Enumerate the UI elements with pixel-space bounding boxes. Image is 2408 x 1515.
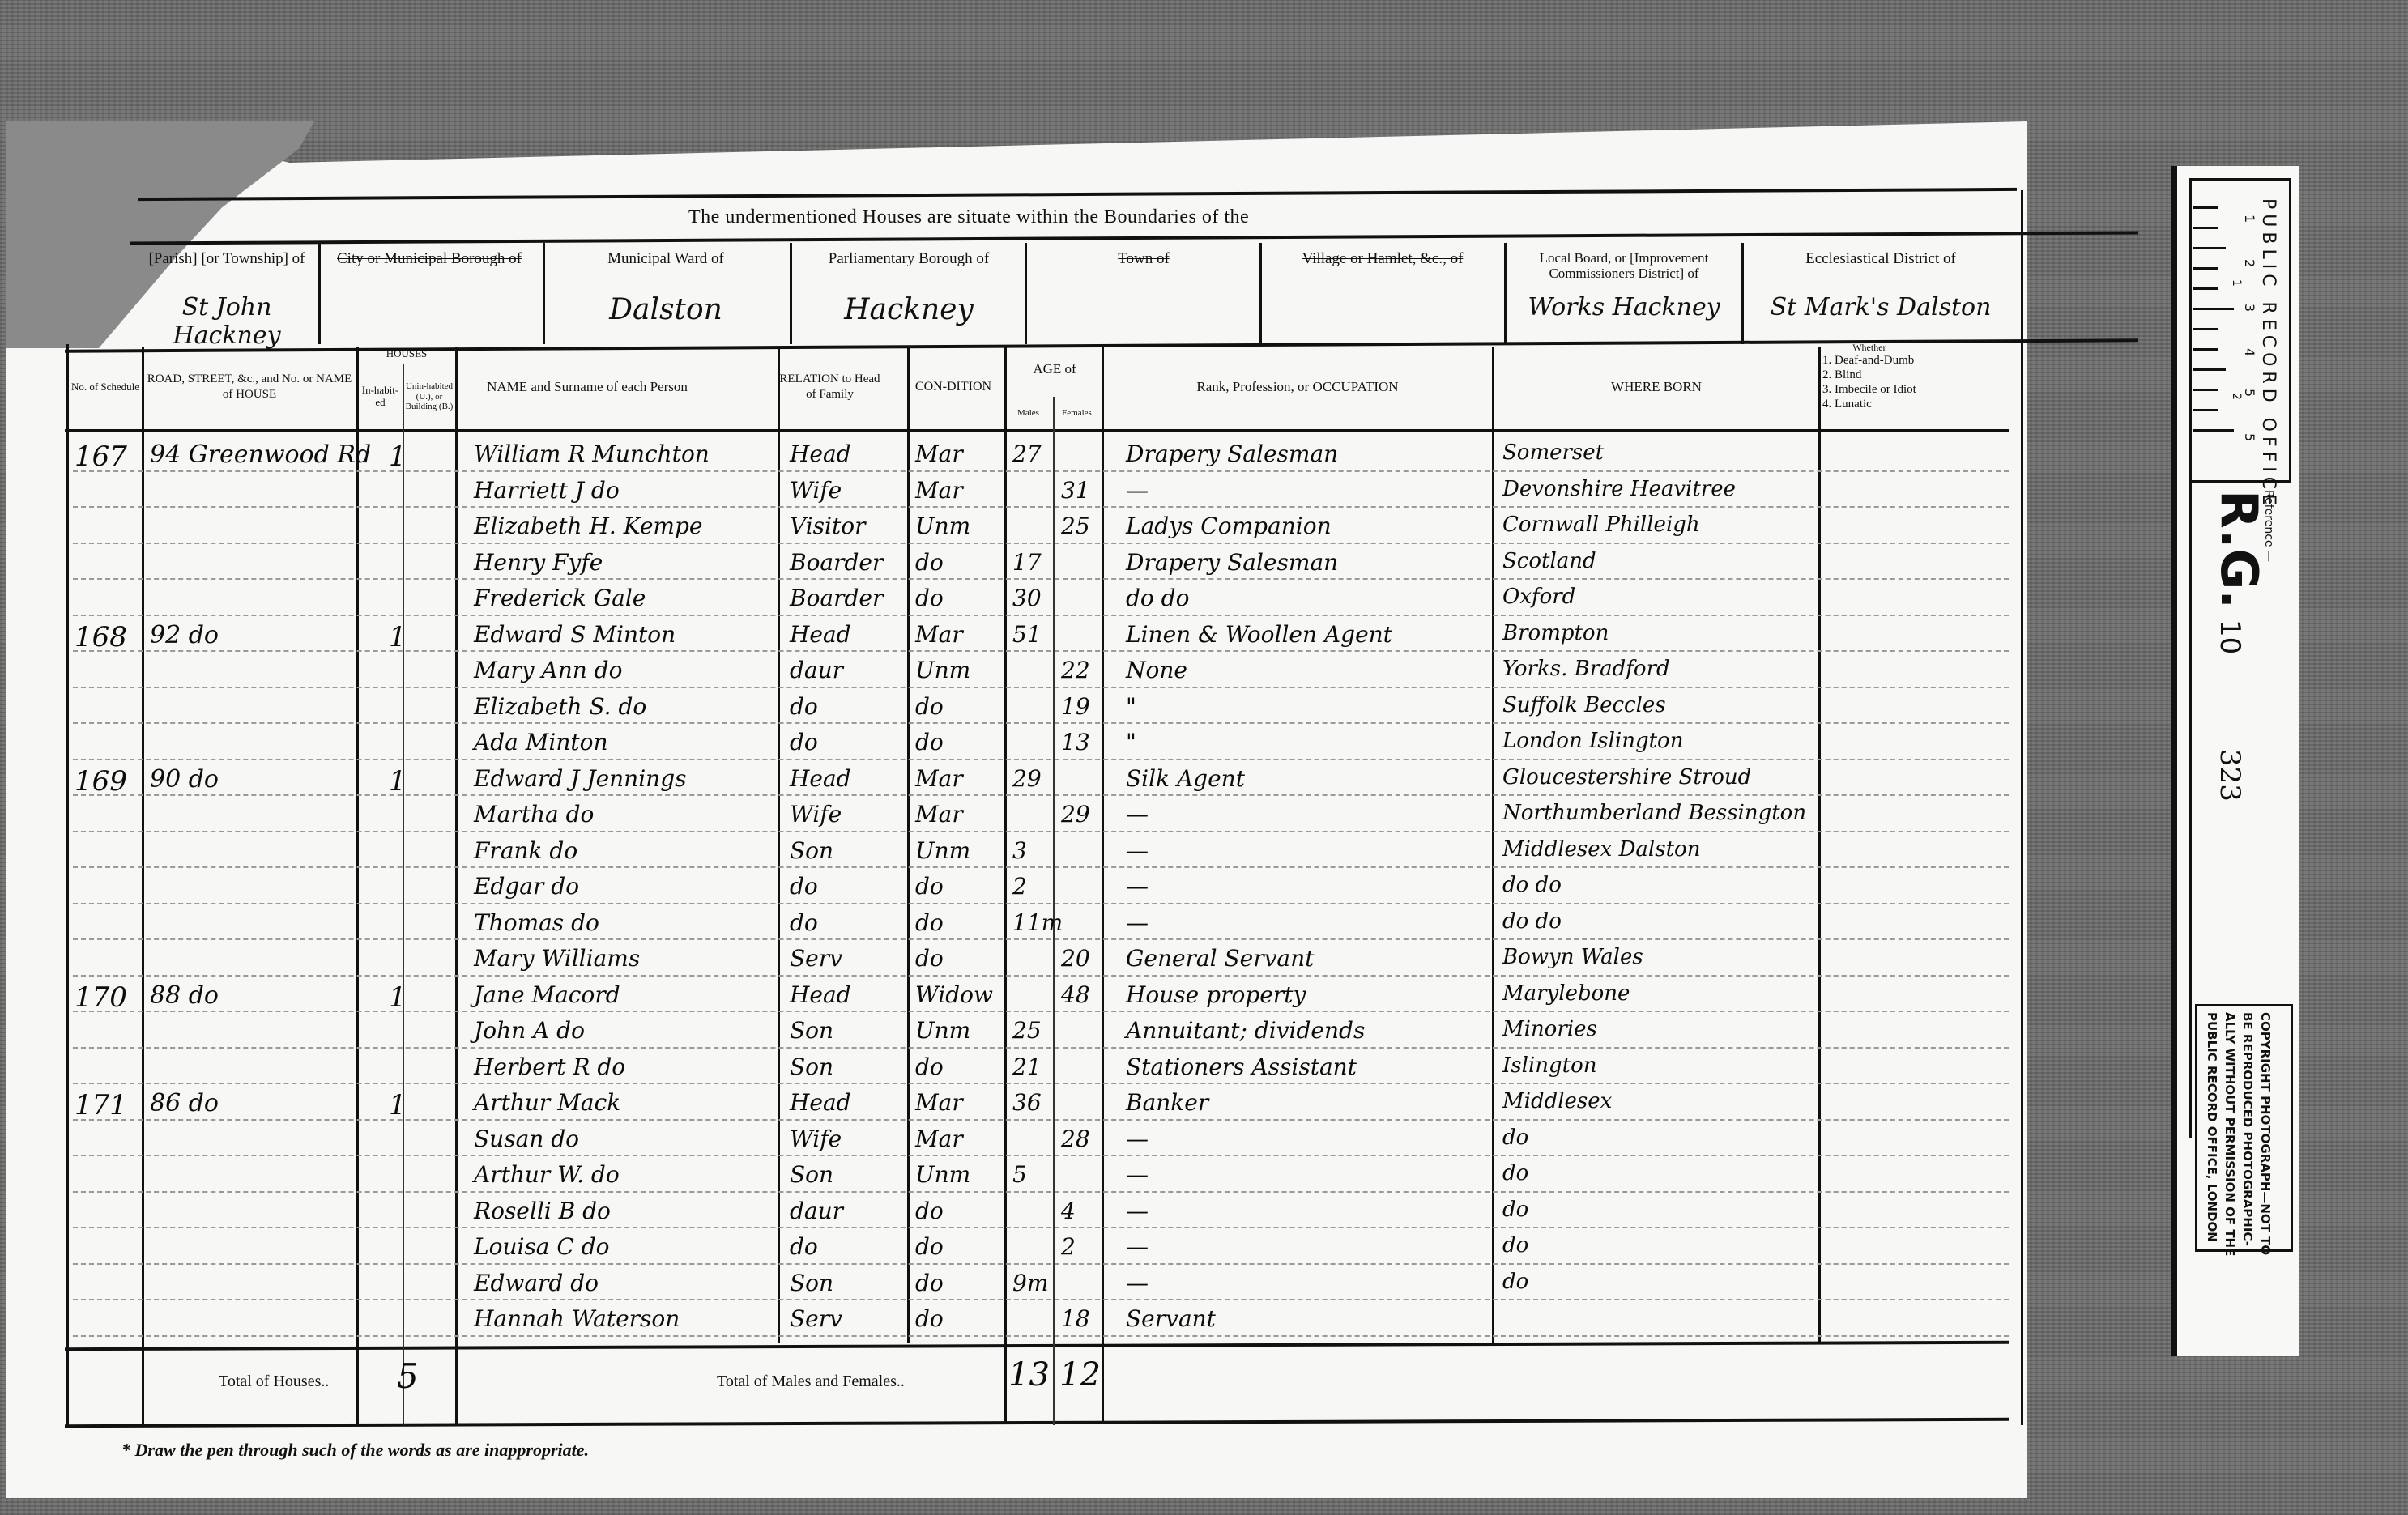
cell-name: Mary Ann do — [474, 657, 622, 683]
cell-occupation: Servant — [1126, 1305, 1216, 1332]
cell-female: 18 — [1061, 1305, 1090, 1332]
cell-condition: do — [915, 1270, 944, 1296]
row-divider — [73, 650, 2009, 652]
cell-male: 11m — [1012, 909, 1063, 936]
cell-occupation: Drapery Salesman — [1126, 549, 1338, 576]
cell-male: 17 — [1012, 549, 1042, 576]
cell-born: do — [1502, 1270, 1528, 1294]
ward-field: Municipal Ward of Dalston — [544, 243, 787, 340]
cell-born: do — [1502, 1161, 1528, 1185]
cell-born: Bowyn Wales — [1502, 945, 1643, 969]
cell-female: 19 — [1061, 693, 1090, 720]
row-divider — [73, 975, 2009, 977]
cell-condition: do — [915, 549, 944, 576]
cell-name: Susan do — [474, 1126, 579, 1152]
row-divider — [73, 866, 2009, 868]
col-name: NAME and Surname of each Person — [458, 347, 717, 428]
cell-address: 94 Greenwood Rd — [150, 440, 371, 469]
cell-male: 9m — [1012, 1270, 1048, 1296]
cell-relation: Head — [790, 765, 851, 792]
cell-inhabited: 1 — [389, 981, 407, 1014]
parish-field: [Parish] [or Township] of St John Hackne… — [138, 243, 316, 340]
cell-name: Louisa C do — [474, 1233, 610, 1260]
cell-name: Mary Williams — [474, 945, 640, 972]
cell-relation: Serv — [790, 945, 842, 972]
cell-female: 31 — [1061, 477, 1090, 504]
cell-condition: Mar — [915, 477, 963, 504]
row-divider — [73, 1335, 2009, 1337]
cell-address: 92 do — [150, 621, 219, 649]
parliamentary-borough-value: Hackney — [791, 293, 1026, 326]
row-divider — [73, 1299, 2009, 1300]
cell-name: Frank do — [474, 837, 577, 864]
cell-name: William R Munchton — [474, 440, 710, 467]
cell-name: Frederick Gale — [474, 585, 646, 611]
cell-born: do do — [1502, 873, 1562, 897]
cell-relation: Visitor — [790, 513, 866, 539]
ward-value: Dalston — [544, 293, 787, 326]
cell-female: 48 — [1061, 981, 1090, 1008]
cell-female: 28 — [1061, 1126, 1090, 1152]
cell-born: London Islington — [1502, 729, 1683, 753]
cell-female: 4 — [1061, 1198, 1076, 1224]
cell-schedule: 170 — [75, 981, 127, 1014]
cell-born: Suffolk Beccles — [1502, 693, 1666, 717]
pro-title: PUBLIC RECORD OFFICE — [2258, 198, 2278, 510]
cell-occupation: " — [1126, 729, 1136, 755]
cell-born: Northumberland Bessington — [1502, 801, 1806, 825]
cell-name: Henry Fyfe — [474, 549, 603, 576]
copyright-line-2: BE REPRODUCED PHOTOGRAPHIC- — [2240, 1012, 2255, 1246]
cell-relation: Son — [790, 1270, 833, 1296]
cell-name: Jane Macord — [474, 981, 620, 1008]
left-border — [66, 344, 69, 1425]
col-address: ROAD, STREET, &c., and No. or NAME of HO… — [144, 347, 355, 428]
cell-occupation: Silk Agent — [1126, 765, 1245, 792]
cell-schedule: 168 — [75, 621, 127, 653]
row-divider — [73, 687, 2009, 688]
right-border — [2021, 190, 2023, 1425]
cell-occupation: None — [1126, 657, 1187, 683]
cell-schedule: 167 — [75, 440, 127, 473]
parish-value: St John Hackney — [138, 293, 316, 350]
cell-occupation: — — [1126, 1233, 1149, 1260]
row-divider — [73, 615, 2009, 616]
row-divider — [73, 506, 2009, 508]
total-males-value: 13 — [1008, 1356, 1050, 1394]
col-uninhabited: Unin-habited (U.), or Building (B.) — [404, 364, 454, 429]
village-field: Village or Hamlet, &c., of — [1261, 243, 1504, 340]
cell-condition: Mar — [915, 1089, 963, 1116]
cell-condition: Unm — [915, 513, 970, 539]
cell-born: Cornwall Philleigh — [1502, 513, 1700, 537]
cell-condition: do — [915, 1305, 944, 1332]
cell-born: do do — [1502, 909, 1562, 934]
cell-occupation: Annuitant; dividends — [1126, 1017, 1365, 1044]
row-divider — [73, 831, 2009, 832]
cell-occupation: Stationers Assistant — [1126, 1053, 1357, 1080]
cell-condition: Mar — [915, 440, 963, 467]
cell-female: 13 — [1061, 729, 1090, 755]
cell-occupation: — — [1126, 1126, 1149, 1152]
cell-relation: do — [790, 873, 818, 900]
cell-born: do — [1502, 1198, 1528, 1222]
town-field: Town of — [1026, 243, 1261, 340]
row-divider — [73, 938, 2009, 940]
row-divider — [73, 1011, 2009, 1012]
cell-condition: Widow — [915, 981, 993, 1008]
cell-condition: do — [915, 585, 944, 611]
cell-name: Roselli B do — [474, 1198, 611, 1224]
cell-condition: do — [915, 693, 944, 720]
cell-relation: do — [790, 729, 818, 755]
cell-relation: Boarder — [790, 585, 883, 611]
cell-condition: do — [915, 1233, 944, 1260]
cell-name: Elizabeth S. do — [474, 693, 646, 720]
cell-relation: Son — [790, 1053, 833, 1080]
cell-born: Marylebone — [1502, 981, 1630, 1006]
cell-name: Harriett J do — [474, 477, 620, 504]
row-divider — [73, 1263, 2009, 1265]
cell-relation: Son — [790, 837, 833, 864]
cell-condition: Unm — [915, 657, 970, 683]
cell-relation: Wife — [790, 1126, 842, 1152]
cell-relation: Serv — [790, 1305, 842, 1332]
cell-condition: Mar — [915, 621, 963, 648]
cell-relation: Head — [790, 621, 851, 648]
cell-male: 29 — [1012, 765, 1042, 792]
cell-born: Middlesex — [1502, 1089, 1612, 1113]
cell-female: 2 — [1061, 1233, 1076, 1260]
cell-name: John A do — [474, 1017, 585, 1044]
total-females-value: 12 — [1059, 1356, 1101, 1394]
cell-occupation: do do — [1126, 585, 1189, 611]
cell-relation: Head — [790, 1089, 851, 1116]
row-divider — [73, 794, 2009, 796]
cell-name: Ada Minton — [474, 729, 608, 755]
cell-male: 3 — [1012, 837, 1027, 864]
cell-condition: do — [915, 1198, 944, 1224]
cell-born: Islington — [1502, 1053, 1596, 1078]
cell-born: do — [1502, 1233, 1528, 1258]
cell-occupation: Drapery Salesman — [1126, 440, 1338, 467]
cell-occupation: — — [1126, 1198, 1149, 1224]
col-females: Females — [1055, 397, 1099, 429]
cell-condition: do — [915, 729, 944, 755]
cell-occupation: General Servant — [1126, 945, 1314, 972]
cell-condition: Mar — [915, 801, 963, 828]
cell-relation: Head — [790, 440, 851, 467]
form-heading: The undermentioned Houses are situate wi… — [688, 206, 1249, 228]
cell-born: Somerset — [1502, 440, 1604, 465]
cell-relation: Son — [790, 1017, 833, 1044]
municipal-borough-field: City or Municipal Borough of — [320, 243, 539, 340]
row-divider — [73, 759, 2009, 760]
cell-born: Middlesex Dalston — [1502, 837, 1700, 862]
col-houses: HOUSES — [358, 344, 455, 364]
cell-occupation: House property — [1126, 981, 1306, 1008]
col-condition: CON-DITION — [909, 347, 998, 428]
cell-relation: Son — [790, 1161, 833, 1188]
cell-born: Scotland — [1502, 549, 1596, 573]
cell-address: 88 do — [150, 981, 219, 1010]
cell-name: Edward S Minton — [474, 621, 676, 648]
cell-condition: do — [915, 945, 944, 972]
cell-male: 36 — [1012, 1089, 1042, 1116]
cell-schedule: 169 — [75, 765, 127, 798]
cell-relation: Head — [790, 981, 851, 1008]
row-divider — [73, 1083, 2009, 1084]
cell-relation: Boarder — [790, 549, 883, 576]
cell-born: Minories — [1502, 1017, 1597, 1041]
cell-name: Martha do — [474, 801, 594, 828]
reference-series: R.G. — [2210, 490, 2269, 609]
cell-name: Arthur W. do — [474, 1161, 620, 1188]
cell-relation: do — [790, 693, 818, 720]
cell-born: Gloucestershire Stroud — [1502, 765, 1751, 789]
local-board-field: Local Board, or [Improvement Commissione… — [1507, 243, 1741, 340]
cell-address: 86 do — [150, 1089, 219, 1117]
cell-female: 29 — [1061, 801, 1090, 828]
col-schedule: No. of Schedule — [69, 347, 142, 428]
cell-male: 5 — [1012, 1161, 1027, 1188]
cell-name: Edgar do — [474, 873, 579, 900]
cell-inhabited: 1 — [389, 621, 407, 653]
reference-piece: 323 — [2214, 749, 2246, 802]
cell-occupation: — — [1126, 1161, 1149, 1188]
cell-relation: do — [790, 909, 818, 936]
cell-condition: do — [915, 909, 944, 936]
cell-name: Hannah Waterson — [474, 1305, 680, 1332]
cell-born: Yorks. Bradford — [1502, 657, 1670, 681]
col-males: Males — [1006, 397, 1051, 429]
cell-female: 25 — [1061, 513, 1090, 539]
col-age: AGE of — [1006, 347, 1103, 391]
row-divider — [73, 722, 2009, 724]
cell-born: Brompton — [1502, 621, 1609, 645]
cell-occupation: " — [1126, 693, 1136, 720]
row-divider — [73, 1155, 2009, 1156]
cell-occupation: Ladys Companion — [1126, 513, 1332, 539]
copyright-line-3: ALLY WITHOUT PERMISSION OF THE — [2223, 1012, 2237, 1256]
inch-mark-2: 2 — [2230, 393, 2243, 400]
col-occupation: Rank, Profession, or OCCUPATION — [1103, 347, 1492, 428]
reference-class: 10 — [2214, 619, 2246, 654]
cell-condition: Unm — [915, 837, 970, 864]
total-houses-label: Total of Houses.. — [219, 1372, 329, 1391]
cell-relation: Wife — [790, 477, 842, 504]
row-divider — [73, 903, 2009, 904]
cell-name: Thomas do — [474, 909, 599, 936]
cell-name: Elizabeth H. Kempe — [474, 513, 702, 539]
total-houses-value: 5 — [397, 1356, 419, 1396]
cell-male: 2 — [1012, 873, 1027, 900]
cell-occupation: — — [1126, 1270, 1149, 1296]
cell-occupation: — — [1126, 801, 1149, 828]
cell-condition: Unm — [915, 1017, 970, 1044]
parliamentary-borough-field: Parliamentary Borough of Hackney — [791, 243, 1026, 340]
col-where-born: WHERE BORN — [1494, 347, 1818, 428]
cell-born: Devonshire Heavitree — [1502, 477, 1736, 501]
cell-name: Edward J Jennings — [474, 765, 687, 792]
cell-male: 27 — [1012, 440, 1042, 467]
cell-inhabited: 1 — [389, 765, 407, 798]
cell-condition: Mar — [915, 765, 963, 792]
row-divider — [73, 543, 2009, 544]
ecclesiastical-district-field: Ecclesiastical District of St Mark's Dal… — [1743, 243, 2018, 340]
cell-born: do — [1502, 1126, 1528, 1150]
col-relation: RELATION to Head of Family — [779, 347, 880, 428]
cell-occupation: Banker — [1126, 1089, 1208, 1116]
cell-name: Herbert R do — [474, 1053, 625, 1080]
cell-occupation: — — [1126, 909, 1149, 936]
cell-relation: do — [790, 1233, 818, 1260]
col-whether: Whether 1. Deaf-and-Dumb 2. Blind 3. Imb… — [1822, 342, 1916, 411]
cell-condition: do — [915, 1053, 944, 1080]
local-board-value: Works Hackney — [1507, 293, 1741, 321]
cell-male: 30 — [1012, 585, 1042, 611]
cell-occupation: — — [1126, 477, 1149, 504]
cell-occupation: Linen & Woollen Agent — [1126, 621, 1392, 648]
cell-relation: daur — [790, 1198, 843, 1224]
cell-condition: Unm — [915, 1161, 970, 1188]
public-record-office-label: PUBLIC RECORD OFFICE 1 2 1 2 3 4 5 5 Ref… — [2171, 166, 2299, 1356]
cell-address: 90 do — [150, 765, 219, 794]
cell-female: 20 — [1061, 945, 1090, 972]
row-divider — [73, 1047, 2009, 1049]
cell-schedule: 171 — [75, 1089, 127, 1121]
row-divider — [73, 1191, 2009, 1193]
cell-name: Arthur Mack — [474, 1089, 620, 1116]
cell-occupation: — — [1126, 873, 1149, 900]
copyright-line-4: PUBLIC RECORD OFFICE, LONDON — [2205, 1012, 2219, 1242]
cell-male: 51 — [1012, 621, 1042, 648]
inch-mark-1: 1 — [2230, 279, 2243, 287]
cell-relation: Wife — [790, 801, 842, 828]
cell-female: 22 — [1061, 657, 1090, 683]
cell-condition: Mar — [915, 1126, 963, 1152]
row-divider — [73, 1119, 2009, 1121]
copyright-line-1: COPYRIGHT PHOTOGRAPH—NOT TO — [2258, 1012, 2273, 1255]
cell-occupation: — — [1126, 837, 1149, 864]
footnote: * Draw the pen through such of the words… — [121, 1440, 589, 1461]
row-divider — [73, 470, 2009, 472]
total-persons-label: Total of Males and Females.. — [717, 1372, 905, 1391]
cell-condition: do — [915, 873, 944, 900]
cell-born: Oxford — [1502, 585, 1575, 609]
cell-name: Edward do — [474, 1270, 599, 1296]
cell-male: 25 — [1012, 1017, 1042, 1044]
cell-inhabited: 1 — [389, 1089, 407, 1121]
row-divider — [73, 1227, 2009, 1228]
ecclesiastical-district-value: St Mark's Dalston — [1743, 293, 2018, 321]
cell-male: 21 — [1012, 1053, 1042, 1080]
cell-relation: daur — [790, 657, 843, 683]
cell-inhabited: 1 — [389, 440, 407, 473]
row-divider — [73, 578, 2009, 580]
col-inhabited: In-habit-ed — [358, 364, 403, 429]
